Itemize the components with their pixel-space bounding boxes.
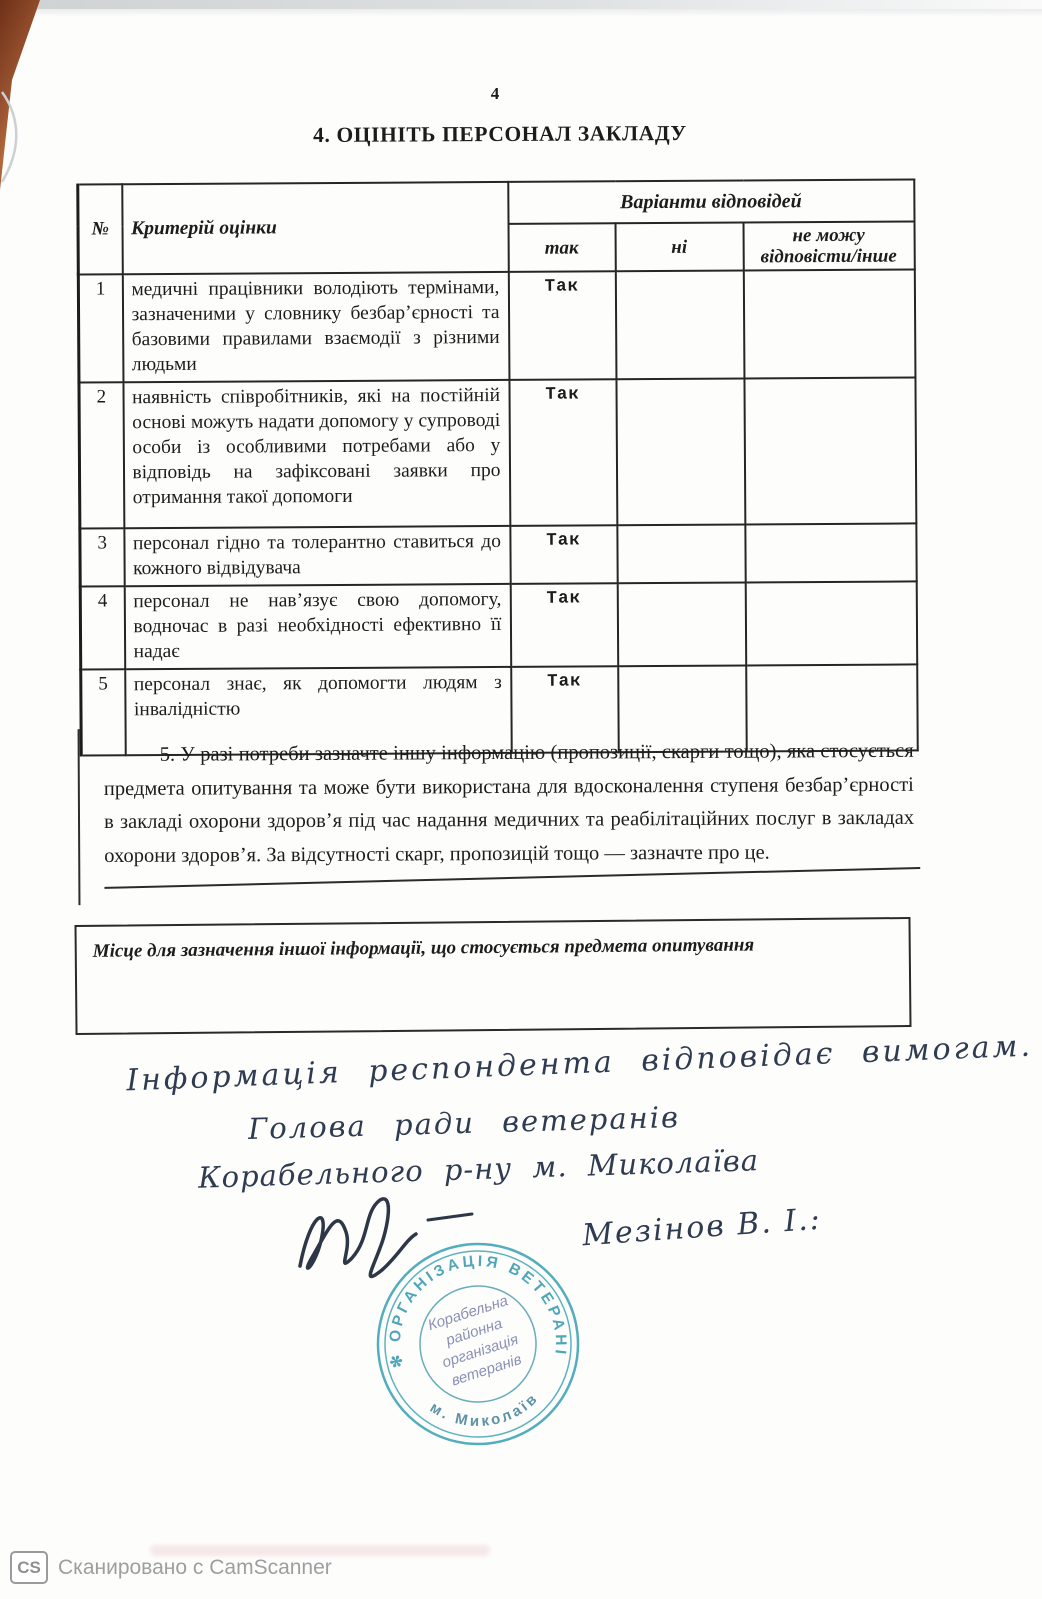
table-header-row-1: № Критерій оцінки Варіанти відповідей — [78, 179, 914, 226]
scan-edge-shadow-fade — [0, 9, 1042, 17]
scan-edge-shadow — [0, 0, 1042, 9]
stamp-center-text: Корабельна районна організація ветеранів — [426, 1292, 529, 1391]
answer-no-cell — [617, 582, 746, 666]
table-row: 2 наявність співробітників, які на пості… — [79, 377, 916, 528]
col-header-criterion: Критерій оцінки — [122, 182, 509, 274]
col-header-yes: так — [508, 223, 615, 272]
answer-no-cell — [617, 524, 745, 583]
table-row: 3 персонал гідно та толерантно ставиться… — [80, 523, 916, 586]
criterion-cell: медичні працівники володіють термінами, … — [122, 272, 509, 382]
round-organization-stamp: ✻ ОРГАНІЗАЦІЯ ВЕТЕРАНІВ м. Миколаїв Кора… — [359, 1225, 596, 1462]
col-header-no: ні — [615, 222, 743, 271]
answer-yes-cell: Так — [508, 271, 616, 380]
faded-watermark-smudge — [150, 1545, 490, 1556]
answer-other-cell — [744, 377, 916, 524]
answer-yes-cell: Так — [510, 525, 617, 584]
criterion-cell: персонал гідно та толерантно ставиться д… — [124, 526, 510, 586]
section-title: 4. ОЦІНІТЬ ПЕРСОНАЛ ЗАКЛАДУ — [0, 119, 1000, 149]
answer-other-cell — [743, 269, 915, 378]
page-number: 4 — [0, 84, 990, 104]
handwritten-note-line2: Голова ради ветеранів — [248, 1100, 681, 1146]
answer-yes-cell: Так — [510, 583, 618, 667]
col-header-answers-group: Варіанти відповідей — [508, 179, 914, 223]
row-number: 2 — [79, 382, 124, 528]
handwritten-note-line1: Інформація респондента відповідає вимога… — [126, 1029, 1034, 1099]
scanned-document-page: 4 4. ОЦІНІТЬ ПЕРСОНАЛ ЗАКЛАДУ № Критерій… — [0, 0, 1042, 1599]
answer-other-cell — [745, 523, 916, 582]
question5-block: 5. У разі потреби зазначте іншу інформац… — [78, 725, 917, 905]
answer-yes-cell: Так — [509, 379, 617, 526]
other-information-label: Місце для зазначення іншої інформації, щ… — [77, 919, 909, 963]
col-header-number: № — [78, 184, 123, 274]
col-header-other: не можу відповісти/інше — [743, 221, 914, 270]
answer-other-cell — [745, 581, 917, 665]
criterion-cell: наявність співробітників, які на постійн… — [123, 380, 510, 528]
criterion-cell: персонал не нав’язує свою допомогу, водн… — [124, 584, 510, 669]
answer-no-cell — [616, 378, 745, 525]
row-number: 1 — [78, 274, 123, 382]
stamp-ring-text-bottom: м. Миколаїв — [425, 1388, 544, 1436]
answer-no-cell — [615, 270, 744, 379]
camscanner-logo-icon: CS — [10, 1551, 48, 1584]
table-row: 4 персонал не нав’язує свою допомогу, во… — [80, 581, 917, 669]
row-number: 3 — [80, 528, 124, 586]
other-information-box: Місце для зазначення іншої інформації, щ… — [74, 917, 911, 1035]
question5-text: 5. У разі потреби зазначте іншу інформац… — [80, 725, 917, 873]
camscanner-watermark-text: Сканировано с CamScanner — [58, 1556, 332, 1580]
handwritten-signature-name: Мезінов В. І.: — [581, 1202, 823, 1254]
row-number: 4 — [80, 586, 125, 669]
table-row: 1 медичні працівники володіють термінами… — [78, 269, 915, 382]
evaluation-table: № Критерій оцінки Варіанти відповідей та… — [76, 178, 918, 756]
